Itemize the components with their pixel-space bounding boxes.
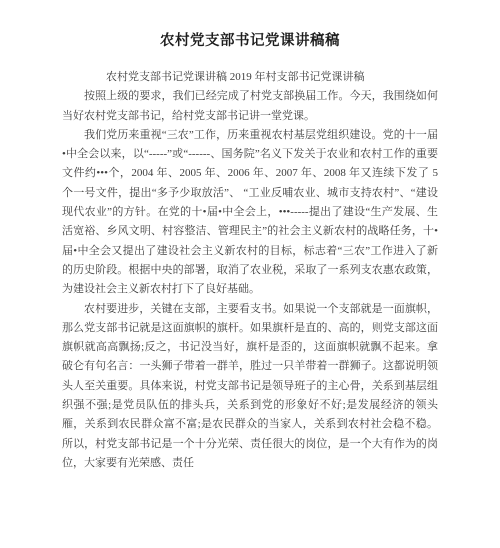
document-subtitle: 农村党支部书记党课讲稿 2019 年村支部书记党课讲稿 [62, 68, 438, 87]
paragraph: 农村要进步，关键在支部，主要看支书。如果说一个支部就是一面旗帜，那么党支部书记就… [62, 300, 438, 474]
document-body: 农村党支部书记党课讲稿 2019 年村支部书记党课讲稿 按照上级的要求，我们已经… [62, 68, 438, 473]
document-title: 农村党支部书记党课讲稿稿 [0, 31, 500, 51]
document-page: 农村党支部书记党课讲稿稿 农村党支部书记党课讲稿 2019 年村支部书记党课讲稿… [0, 0, 500, 548]
paragraph: 按照上级的要求，我们已经完成了村党支部换届工作。今天，我围绕如何当好农村党支部书… [62, 87, 438, 126]
paragraph: 我们党历来重视“三农”工作，历来重视农村基层党组织建设。党的十一届•中全会以来，… [62, 126, 438, 300]
